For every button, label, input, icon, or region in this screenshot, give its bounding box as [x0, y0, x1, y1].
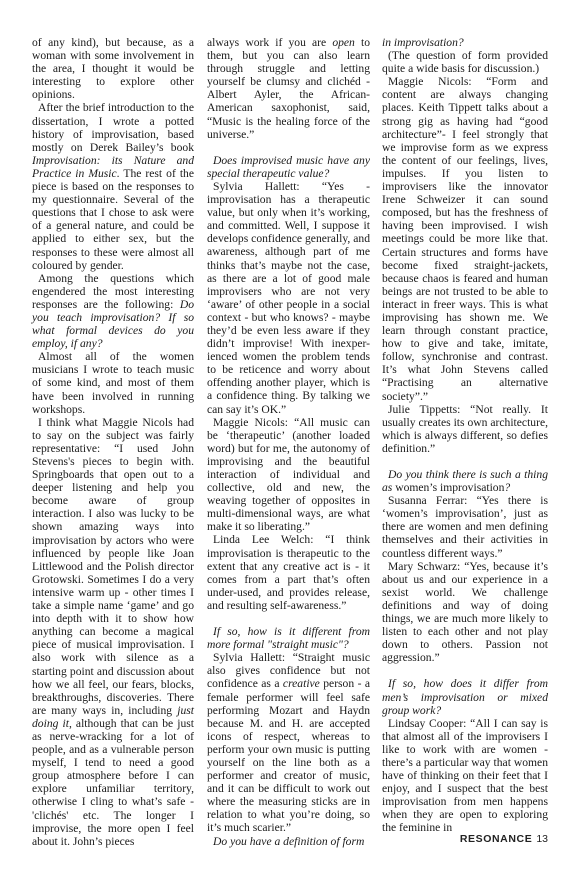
text-run: always work if you are	[207, 36, 332, 49]
page-number: 13	[536, 833, 548, 845]
text-run: Does improvised music have any special t…	[207, 154, 370, 180]
body-paragraph: Susanna Ferrar: “Yes there is ‘women’s i…	[382, 494, 548, 559]
body-paragraph: Do you have a definition of form	[207, 835, 370, 848]
text-column-middle: always work if you are open to them, but…	[207, 36, 370, 848]
body-paragraph: Sylvia Hallett: “Yes - improvisation has…	[207, 180, 370, 416]
text-run: I think what Maggie Nicols had to say on…	[32, 416, 194, 717]
text-run: Mary Schwarz: “Yes, because it’s about u…	[382, 560, 548, 665]
text-run: Linda Lee Welch: “I think improvisation …	[207, 533, 370, 611]
body-paragraph: Linda Lee Welch: “I think improvisation …	[207, 533, 370, 612]
text-run: of any kind), but because, as a woman wi…	[32, 36, 194, 101]
interview-question: Does improvised music have any special t…	[207, 154, 370, 180]
body-paragraph: Almost all of the women musicians I wrot…	[32, 350, 194, 415]
text-run: (The question of form provided quite a w…	[382, 49, 548, 75]
text-run: If so, how is it different from more for…	[207, 625, 370, 651]
body-paragraph: Sylvia Hallett: “Straight music also giv…	[207, 651, 370, 834]
interview-question: Do you think there is such a thing as wo…	[382, 468, 548, 494]
italic-text: creative	[283, 677, 320, 690]
text-run: Maggie Nicols: “Form and content are alw…	[382, 75, 548, 402]
interview-question: If so, how is it different from more for…	[207, 625, 370, 651]
text-run: Julie Tippetts: “Not really. It usually …	[382, 403, 548, 455]
text-run: to them, but you can also learn through …	[207, 36, 370, 141]
text-run: Among the questions which engendered the…	[32, 272, 194, 311]
text-run: women’s improvisation	[395, 481, 504, 494]
text-run: Maggie Nicols: “All music can be ‘therap…	[207, 416, 370, 534]
body-paragraph: Lindsay Cooper: “All I can say is that a…	[382, 717, 548, 835]
text-run: Almost all of the women musicians I wrot…	[32, 350, 194, 415]
text-run: If so, how does it differ from men’s imp…	[382, 677, 548, 716]
italic-text: Do you have a definition of form	[213, 835, 364, 848]
body-paragraph: Among the questions which engendered the…	[32, 272, 194, 351]
body-paragraph: (The question of form provided quite a w…	[382, 49, 548, 75]
text-run: Susanna Ferrar: “Yes there is ‘women’s i…	[382, 494, 548, 559]
text-column-right: in improvisation?(The question of form p…	[382, 36, 548, 835]
body-paragraph: I think what Maggie Nicols had to say on…	[32, 416, 194, 848]
magazine-name: RESONANCE	[460, 833, 533, 845]
text-run: ?	[504, 481, 510, 494]
continued-paragraph: always work if you are open to them, but…	[207, 36, 370, 141]
body-paragraph: Mary Schwarz: “Yes, because it’s about u…	[382, 560, 548, 665]
text-run: person - a female performer will feel sa…	[207, 677, 370, 834]
italic-text: in improvisation?	[382, 36, 464, 49]
continued-paragraph: in improvisation?	[382, 36, 548, 49]
body-paragraph: Maggie Nicols: “Form and content are alw…	[382, 75, 548, 402]
text-column-left: of any kind), but because, as a woman wi…	[32, 36, 194, 848]
text-run: Lindsay Cooper: “All I can say is that a…	[382, 717, 548, 835]
interview-question: If so, how does it differ from men’s imp…	[382, 677, 548, 716]
body-paragraph: After the brief introduction to the diss…	[32, 101, 194, 271]
text-run: . The rest of the piece is based on the …	[32, 167, 194, 272]
page-footer: RESONANCE13	[460, 833, 548, 845]
body-paragraph: Maggie Nicols: “All music can be ‘therap…	[207, 416, 370, 534]
continued-paragraph: of any kind), but because, as a woman wi…	[32, 36, 194, 101]
magazine-page: of any kind), but because, as a woman wi…	[0, 0, 584, 869]
italic-text: open	[332, 36, 355, 49]
text-run: , although that can be just as nerve-wra…	[32, 717, 194, 848]
text-run: Sylvia Hallett: “Yes - improvisation has…	[207, 180, 370, 416]
body-paragraph: Julie Tippetts: “Not really. It usually …	[382, 403, 548, 455]
text-run: After the brief introduction to the diss…	[32, 101, 194, 153]
